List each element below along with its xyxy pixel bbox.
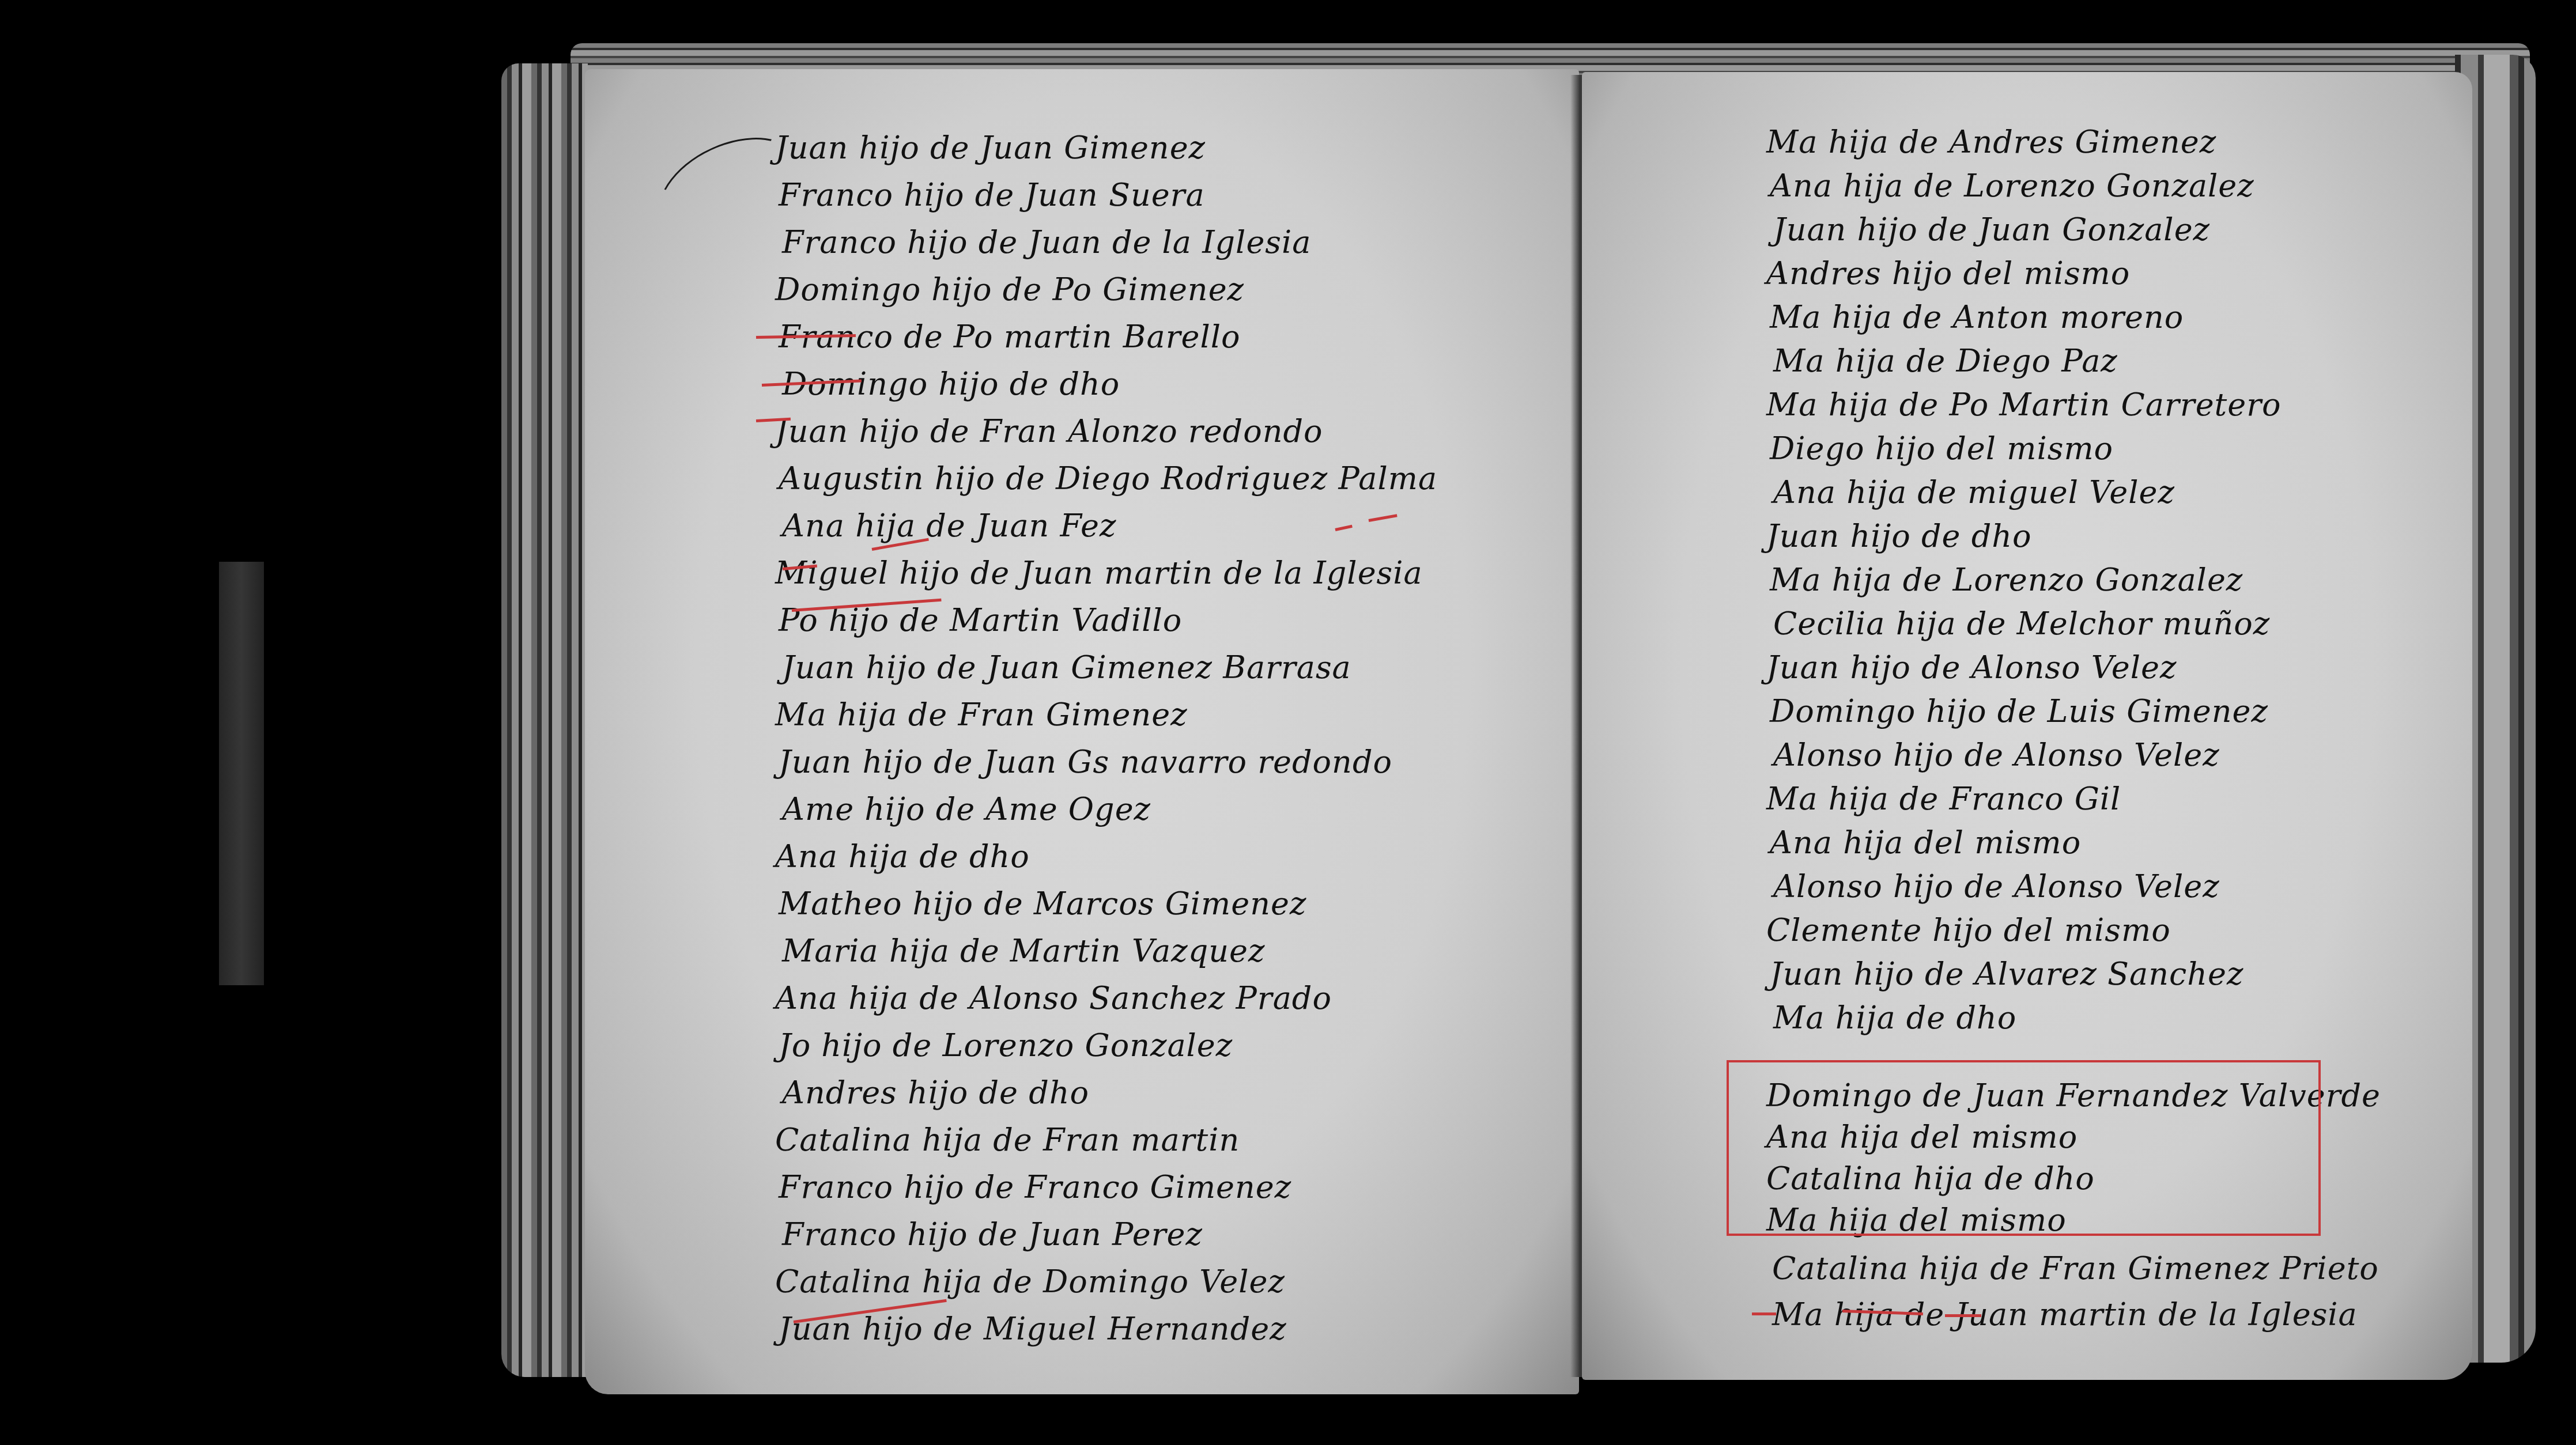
left-page: Juan hijo de Juan GimenezFranco hijo de … <box>585 69 1579 1394</box>
right-entry: Alonso hijo de Alonso Velez <box>1773 868 2220 905</box>
left-entry: Juan hijo de Miguel Hernandez <box>779 1311 1287 1347</box>
right-entry: Ana hija de Lorenzo Gonzalez <box>1770 168 2254 204</box>
right-entry: Andres hijo del mismo <box>1766 255 2130 292</box>
left-entry: Franco hijo de Franco Gimenez <box>779 1169 1291 1205</box>
left-entry: Franco hijo de Juan Perez <box>782 1216 1203 1253</box>
right-entry: Juan hijo de dho <box>1766 518 2032 554</box>
right-entry: Catalina hija de Fran Gimenez Prieto <box>1772 1250 2379 1287</box>
right-entry: Ma hija de Juan martin de la Iglesia <box>1772 1296 2358 1333</box>
left-entry: Franco hijo de Juan de la Iglesia <box>782 224 1312 260</box>
left-entry: Matheo hijo de Marcos Gimenez <box>779 886 1306 922</box>
right-entry: Diego hijo del mismo <box>1770 430 2113 467</box>
underline-annotation <box>1945 1314 1981 1317</box>
right-entry: Alonso hijo de Alonso Velez <box>1773 737 2220 773</box>
right-entry: Ana hija del mismo <box>1770 824 2081 861</box>
right-entry: Ma hija de Diego Paz <box>1773 343 2118 379</box>
left-entry: Ame hijo de Ame Ogez <box>782 791 1151 827</box>
right-entry: Ana hija de miguel Velez <box>1773 474 2175 510</box>
right-entry: Juan hijo de Alonso Velez <box>1766 649 2177 686</box>
left-entry: Juan hijo de Fran Alonzo redondo <box>775 413 1323 449</box>
right-entry: Ma hija de dho <box>1773 1000 2016 1036</box>
right-entry: Ma hija de Andres Gimenez <box>1766 124 2216 160</box>
left-entry: Juan hijo de Juan Gs navarro redondo <box>779 744 1392 780</box>
left-entry: Domingo hijo de Po Gimenez <box>775 271 1244 308</box>
left-entry: Catalina hija de Domingo Velez <box>775 1264 1285 1300</box>
left-entry: Catalina hija de Fran martin <box>775 1122 1240 1158</box>
right-entry: Juan hijo de Alvarez Sanchez <box>1770 956 2243 992</box>
right-entry: Cecilia hija de Melchor muñoz <box>1773 606 2270 642</box>
left-entry: Augustin hijo de Diego Rodriguez Palma <box>779 460 1437 497</box>
left-entry: Ana hija de Alonso Sanchez Prado <box>775 980 1332 1016</box>
left-entry: Juan hijo de Juan Gimenez Barrasa <box>782 649 1351 686</box>
left-entry: Andres hijo de dho <box>782 1075 1089 1111</box>
left-entry: Juan hijo de Juan Gimenez <box>775 130 1206 166</box>
left-entry: Domingo hijo de dho <box>782 366 1120 402</box>
right-entry: Clemente hijo del mismo <box>1766 912 2171 948</box>
book-clip-strip <box>219 562 264 985</box>
right-entry: Juan hijo de Juan Gonzalez <box>1773 211 2210 248</box>
left-entry: Miguel hijo de Juan martin de la Iglesia <box>775 555 1423 591</box>
left-entry: Jo hijo de Lorenzo Gonzalez <box>779 1027 1233 1064</box>
highlight-box <box>1727 1060 2321 1236</box>
left-entry: Ma hija de Fran Gimenez <box>775 697 1188 733</box>
right-entry: Ma hija de Anton moreno <box>1770 299 2184 335</box>
right-entry: Domingo hijo de Luis Gimenez <box>1770 693 2268 729</box>
underline-annotation <box>1752 1312 1776 1315</box>
left-entry: Franco hijo de Juan Suera <box>779 177 1205 213</box>
left-entry: Maria hija de Martin Vazquez <box>782 933 1265 969</box>
right-entry: Ma hija de Franco Gil <box>1766 781 2121 817</box>
right-entry: Ma hija de Lorenzo Gonzalez <box>1770 562 2243 598</box>
left-entry: Ana hija de Juan Fez <box>782 508 1116 544</box>
page-stack-left-edge <box>501 63 588 1377</box>
right-entry: Ma hija de Po Martin Carretero <box>1766 387 2282 423</box>
left-entry: Ana hija de dho <box>775 838 1030 875</box>
